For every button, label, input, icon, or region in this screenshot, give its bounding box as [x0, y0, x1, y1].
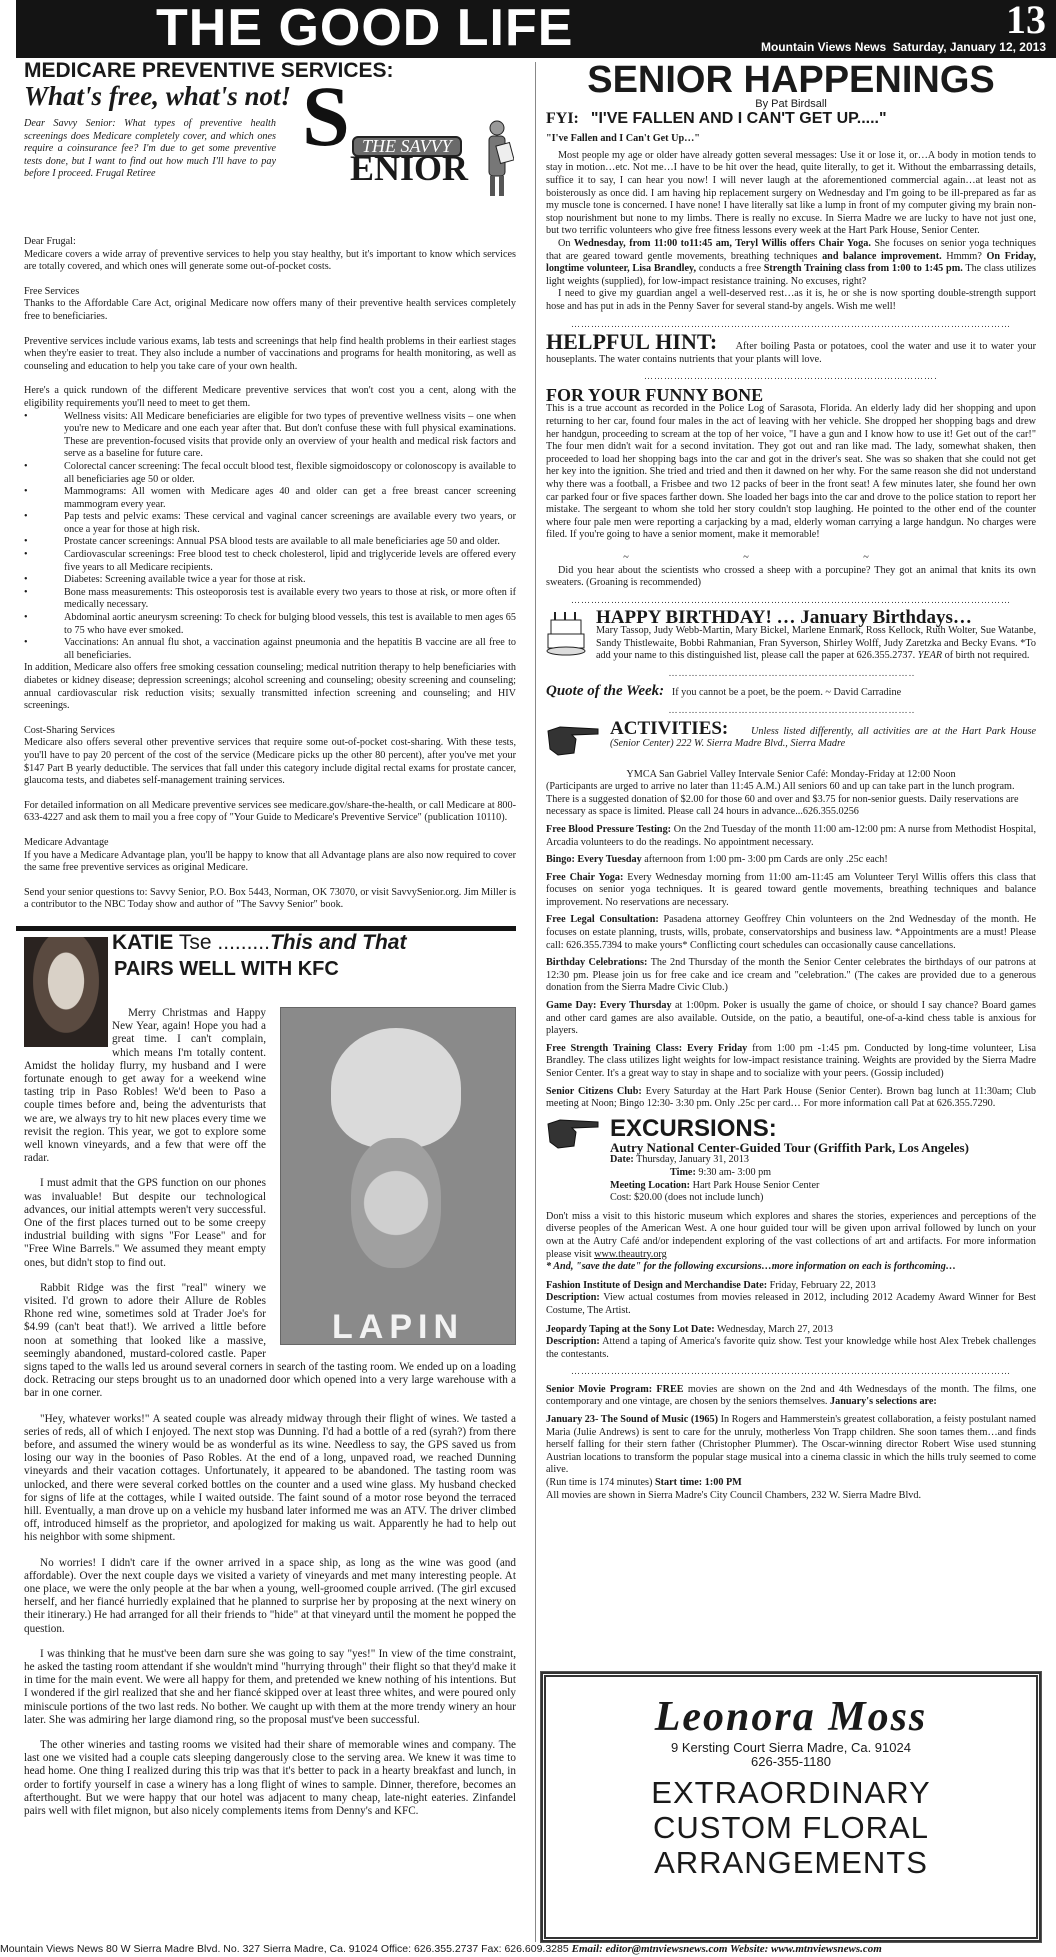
bullet-item: •Prostate cancer screenings: Annual PSA … — [24, 536, 516, 549]
tilde-separator: ~~~ — [566, 552, 926, 565]
dotted-divider: …………………………………………………………………………………………………………… — [546, 1365, 1036, 1378]
quote-text: If you cannot be a poet, be the poem. ~ … — [672, 687, 901, 698]
logo-s: S — [302, 110, 350, 123]
savvy-intro: Dear Savvy Senior: What types of prevent… — [24, 118, 516, 236]
fyi-title: "I'VE FALLEN AND I CAN'T GET UP....." — [591, 110, 887, 127]
bullet-text: Wellness visits: All Medicare beneficiar… — [64, 411, 516, 461]
activities-heading: ACTIVITIES: — [610, 718, 728, 739]
author-first: KATIE — [112, 931, 173, 954]
reader-letter: Dear Savvy Senior: What types of prevent… — [24, 118, 276, 181]
bullet-text: Pap tests and pelvic exams: These cervic… — [64, 511, 516, 536]
bullet-item: •Wellness visits: All Medicare beneficia… — [24, 411, 516, 461]
issue-line: Mountain Views News Saturday, January 12… — [761, 40, 1046, 54]
author-last: Tse ......... — [173, 931, 269, 954]
footer-website[interactable]: Website: www.mtnviewsnews.com — [727, 1943, 881, 1955]
photo-spacer — [24, 1007, 112, 1055]
tour-location: Meeting Location: Hart Park House Senior… — [610, 1180, 1036, 1193]
katie-article: LAPIN Merry Christmas and Happy New Year… — [24, 1007, 516, 1818]
activity-item: Free Chair Yoga: Every Wednesday morning… — [546, 872, 1036, 910]
leonora-moss-ad: Leonora Moss 9 Kersting Court Sierra Mad… — [541, 1672, 1041, 1942]
logo-enior: ENIOR — [350, 162, 468, 175]
ad-address: 9 Kersting Court Sierra Madre, Ca. 91024 — [546, 1741, 1036, 1755]
movie-runtime: (Run time is 174 minutes) Start time: 1:… — [546, 1477, 1036, 1490]
left-column: MEDICARE PREVENTIVE SERVICES: What's fre… — [24, 60, 516, 1830]
column-byline: KATIE Tse .........This and That — [112, 937, 406, 950]
paragraph: I need to give my guardian angel a well-… — [546, 288, 1036, 313]
birthday-cake-icon — [546, 612, 586, 656]
paragraph: The other wineries and tasting rooms we … — [24, 1739, 516, 1818]
bullet-text: Bone mass measurements: This osteoporosi… — [64, 587, 516, 612]
activity-item: Birthday Celebrations: The 2nd Thursday … — [546, 957, 1036, 995]
column-divider — [535, 62, 536, 1942]
medicare-subheadline: What's free, what's not! — [24, 82, 516, 110]
katie-header: KATIE Tse .........This and That PAIRS W… — [24, 937, 516, 1007]
right-column: SENIOR HAPPENINGS By Pat Birdsall FYI: "… — [546, 60, 1036, 1502]
subheading-cost: Cost-Sharing Services — [24, 725, 516, 738]
paragraph: Medicare covers a wide array of preventi… — [24, 249, 516, 274]
paragraph: Here's a quick rundown of the different … — [24, 385, 516, 410]
pointing-hand-icon — [546, 1116, 602, 1152]
paragraph: Medicare also offers several other preve… — [24, 737, 516, 787]
bullet-text: Abdominal aortic aneurysm screening: To … — [64, 612, 516, 637]
bullet-item: •Vaccinations: An annual flu shot, a vac… — [24, 637, 516, 662]
page-footer: Mountain Views News 80 W Sierra Madre Bl… — [0, 1943, 1056, 1955]
fidm-description: Description: View actual costumes from m… — [546, 1292, 1036, 1317]
tour-title: Autry National Center-Guided Tour (Griff… — [610, 1142, 1036, 1155]
section-title: THE GOOD LIFE — [156, 0, 573, 58]
activity-item: Free Strength Training Class: Every Frid… — [546, 1043, 1036, 1081]
ad-line-2: CUSTOM FLORAL — [546, 1810, 1036, 1845]
paragraph: Thanks to the Affordable Care Act, origi… — [24, 298, 516, 323]
jeopardy-description: Description: Attend a taping of America'… — [546, 1336, 1036, 1361]
dotted-divider: …………………………………………………………………………………………………………… — [669, 667, 914, 680]
activity-item: Senior Citizens Club: Every Saturday at … — [546, 1086, 1036, 1111]
bullet-item: •Colorectal cancer screening: The fecal … — [24, 461, 516, 486]
reading-man-icon — [480, 118, 514, 200]
medicare-headline: MEDICARE PREVENTIVE SERVICES: — [24, 60, 516, 82]
activity-item: Game Day: Every Thursday at 1:00pm. Poke… — [546, 1000, 1036, 1038]
ad-line-3: ARRANGEMENTS — [546, 1845, 1036, 1880]
bullet-item: •Abdominal aortic aneurysm screening: To… — [24, 612, 516, 637]
quote-of-week: Quote of the Week: If you cannot be a po… — [546, 685, 1036, 700]
bullet-text: Mammograms: All women with Medicare ages… — [64, 486, 516, 511]
activity-item: Free Blood Pressure Testing: On the 2nd … — [546, 824, 1036, 849]
paragraph: This is a true account as recorded in th… — [546, 403, 1036, 542]
katie-headline: PAIRS WELL WITH KFC — [114, 963, 339, 976]
movie-selection: January 23- The Sound of Music (1965) In… — [546, 1414, 1036, 1477]
paragraph: Most people my age or older have already… — [546, 150, 1036, 238]
paragraph: No worries! I didn't care if the owner a… — [24, 1557, 516, 1636]
fyi-heading: FYI: "I'VE FALLEN AND I CAN'T GET UP....… — [546, 113, 1036, 126]
salutation: Dear Frugal: — [24, 236, 516, 249]
tour-date: Date: Thursday, January 31, 2013 — [610, 1154, 1036, 1167]
bullet-text: Prostate cancer screenings: Annual PSA b… — [64, 536, 500, 549]
ymca-heading: YMCA San Gabriel Valley Intervale Senior… — [546, 769, 1036, 782]
paragraph: I was thinking that he must've been darn… — [24, 1648, 516, 1727]
hint-label: HELPFUL HINT: — [546, 329, 717, 354]
excursions-heading: EXCURSIONS: — [610, 1116, 1036, 1142]
grapes-figure — [351, 1138, 441, 1268]
jeopardy-excursion: Jeopardy Taping at the Sony Lot Date: We… — [546, 1324, 1036, 1337]
column-name: This and That — [270, 931, 407, 954]
paragraph: Did you hear about the scientists who cr… — [546, 565, 1036, 590]
senior-happenings-headline: SENIOR HAPPENINGS — [546, 60, 1036, 100]
footer-address: Mountain Views News 80 W Sierra Madre Bl… — [0, 1943, 572, 1955]
tour-description: Don't miss a visit to this historic muse… — [546, 1211, 1036, 1261]
ymca-details: (Participants are urged to arrive no lat… — [546, 781, 1036, 819]
tour-cost: Cost: $20.00 (does not include lunch) — [610, 1192, 1036, 1205]
art-label: LAPIN — [281, 1321, 515, 1334]
bullet-text: Vaccinations: An annual flu shot, a vacc… — [64, 637, 516, 662]
page-number: 13 — [1006, 0, 1046, 43]
paragraph: Send your senior questions to: Savvy Sen… — [24, 887, 516, 912]
movie-location: All movies are shown in Sierra Madre's C… — [546, 1490, 1036, 1503]
pointing-hand-icon — [546, 723, 602, 759]
paragraph: "Hey, whatever works!" A seated couple w… — [24, 1413, 516, 1545]
publication-name: Mountain Views News — [761, 40, 886, 54]
birthday-section: HAPPY BIRTHDAY! … January Birthdays… Mar… — [546, 612, 1036, 662]
bullet-text: Diabetes: Screening available twice a ye… — [64, 574, 306, 587]
autry-link[interactable]: www.theautry.org — [594, 1249, 667, 1260]
bullet-item: •Mammograms: All women with Medicare age… — [24, 486, 516, 511]
quote-label: Quote of the Week: — [546, 683, 664, 699]
bullet-item: •Cardiovascular screenings: Free blood t… — [24, 549, 516, 574]
dotted-divider: …………………………………………………………………………………………………………… — [546, 594, 1036, 607]
bullet-text: Colorectal cancer screening: The fecal o… — [64, 461, 516, 486]
footer-email[interactable]: Email: editor@mtnviewsnews.com — [572, 1943, 728, 1955]
dotted-divider: …………………………………………………………………………………………………………… — [669, 704, 914, 717]
ad-line-1: EXTRAORDINARY — [546, 1775, 1036, 1810]
bullet-item: •Bone mass measurements: This osteoporos… — [24, 587, 516, 612]
paragraph: Preventive services include various exam… — [24, 336, 516, 374]
issue-date: Saturday, January 12, 2013 — [893, 40, 1046, 54]
paragraph: For detailed information on all Medicare… — [24, 800, 516, 825]
bullet-text: Cardiovascular screenings: Free blood te… — [64, 549, 516, 574]
activity-item: Free Legal Consultation: Pasadena attorn… — [546, 914, 1036, 952]
dotted-divider: …………………………………………………………………………………………………………… — [644, 370, 938, 383]
paragraph: If you have a Medicare Advantage plan, y… — [24, 850, 516, 875]
excursions-header: EXCURSIONS: Autry National Center-Guided… — [546, 1116, 1036, 1205]
save-the-date: * And, "save the date" for the following… — [546, 1261, 1036, 1274]
helpful-hint: HELPFUL HINT: After boiling Pasta or pot… — [546, 336, 1036, 366]
fyi-subtitle: "I've Fallen and I Can't Get Up…" — [546, 133, 1036, 146]
savvy-senior-logo: S THE SAVVY ENIOR — [302, 118, 522, 204]
ad-logo: Leonora Moss — [546, 1693, 1036, 1741]
funny-bone-heading: FOR YOUR FUNNY BONE — [546, 389, 1036, 402]
bullet-item: •Pap tests and pelvic exams: These cervi… — [24, 511, 516, 536]
subheading-free: Free Services — [24, 286, 516, 299]
subheading-advantage: Medicare Advantage — [24, 837, 516, 850]
paragraph: In addition, Medicare also offers free s… — [24, 662, 516, 712]
activity-item: Bingo: Every Tuesday afternoon from 1:00… — [546, 854, 1036, 867]
rabbit-figure — [331, 1028, 461, 1148]
masthead: THE GOOD LIFE 13 Mountain Views News Sat… — [16, 0, 1056, 58]
activities-header: ACTIVITIES: Unless listed differently, a… — [546, 723, 1036, 763]
ad-phone: 626-355-1180 — [546, 1755, 1036, 1769]
fyi-label: FYI: — [546, 110, 579, 127]
fidm-excursion: Fashion Institute of Design and Merchand… — [546, 1280, 1036, 1293]
birthday-list: Mary Tassop, Judy Webb-Martin, Mary Bick… — [546, 625, 1036, 663]
tour-time: Time: 9:30 am- 3:00 pm — [610, 1167, 1036, 1180]
lapin-illustration: LAPIN — [280, 1007, 516, 1345]
bullet-item: •Diabetes: Screening available twice a y… — [24, 574, 516, 587]
birthday-heading: HAPPY BIRTHDAY! … January Birthdays… — [596, 612, 1036, 625]
paragraph: On Wednesday, from 11:00 to11:45 am, Ter… — [546, 238, 1036, 288]
movie-program: Senior Movie Program: FREE movies are sh… — [546, 1384, 1036, 1409]
